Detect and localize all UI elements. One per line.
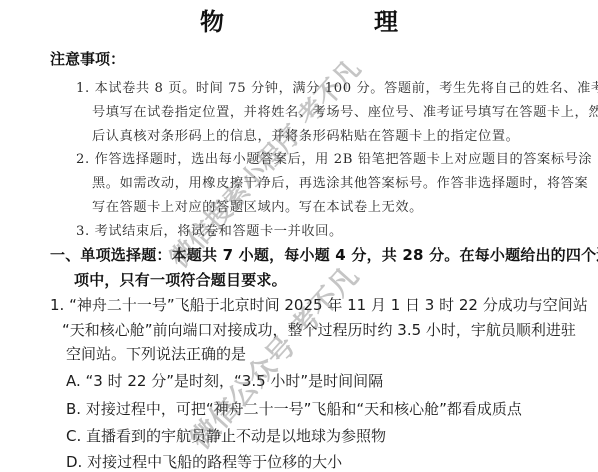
note-3-line-1: 3. 考试结束后，将试卷和答题卡一并收回。 [76,220,343,239]
question-1-option-c: C. 直播看到的宇航员静止不动是以地球为参照物 [66,425,386,446]
exam-page: 物 理 注意事项： 1. 本试卷共 8 页。时间 75 分钟，满分 100 分。… [0,0,598,472]
question-1-stem-line-3: 空间站。下列说法正确的是 [66,343,246,364]
page-title: 物 理 [0,2,598,37]
note-2-line-2: 黑。如需改动，用橡皮擦干净后，再选涂其他答案标号。作答非选择题时，将答案 [92,172,588,191]
question-1-option-a: A. “3 时 22 分”是时刻，“3.5 小时”是时间间隔 [66,370,383,391]
question-1-stem-line-2: “天和核心舱”前向端口对接成功，整个过程历时约 3.5 小时，宇航员顺利进驻 [62,319,576,340]
question-1-option-d: D. 对接过程中飞船的路程等于位移的大小 [66,451,342,472]
note-2-line-3: 写在答题卡上对应的答题区域内。写在本试卷上无效。 [92,196,423,215]
note-1-line-3: 后认真核对条形码上的信息，并将条形码粘贴在答题卡上的指定位置。 [92,125,519,144]
note-1-line-1: 1. 本试卷共 8 页。时间 75 分钟，满分 100 分。答题前，考生先将自己… [76,77,598,96]
question-1-stem-line-1: 1. “神舟二十一号”飞船于北京时间 2025 年 11 月 1 日 3 时 2… [50,294,588,315]
section-heading-line-1: 一、单项选择题：本题共 7 小题，每小题 4 分，共 28 分。在每小题给出的四… [50,244,598,265]
section-heading-line-2: 项中，只有一项符合题目要求。 [74,269,287,290]
note-1-line-2: 号填写在试卷指定位置，并将姓名、考场号、座位号、准考证号填写在答题卡上，然 [92,101,598,120]
note-2-line-1: 2. 作答选择题时，选出每小题答案后，用 2B 铅笔把答题卡上对应题目的答案标号… [76,148,592,167]
notes-heading: 注意事项： [50,48,125,69]
question-1-option-b: B. 对接过程中，可把“神舟二十一号”飞船和“天和核心舱”都看成质点 [66,398,522,419]
